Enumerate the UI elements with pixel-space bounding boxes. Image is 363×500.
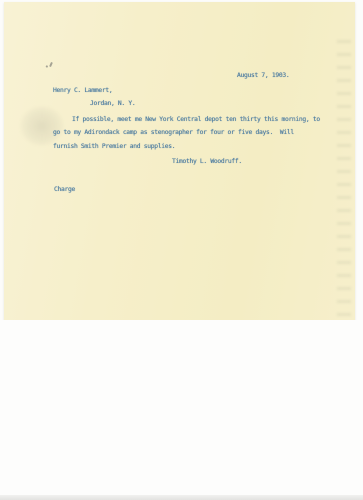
letter-recipient-name: Henry C. Lammert, — [53, 87, 112, 95]
smudge-mark — [20, 106, 64, 146]
letter-body-line: furnish Smith Premier and supplies. — [53, 143, 175, 151]
letter-body-line: go to my Adirondack camp as stenographer… — [53, 129, 294, 137]
scanned-letter-page: August 7, 1903. Henry C. Lammert, Jordan… — [0, 0, 363, 500]
letter-recipient-place: Jordan, N. Y. — [90, 100, 135, 108]
letter-date: August 7, 1903. — [237, 72, 289, 80]
backing-sheet — [0, 320, 363, 495]
scan-bottom-edge — [0, 495, 363, 500]
show-through-marks — [337, 40, 351, 332]
ink-fleck-mark — [49, 62, 53, 67]
charge-annotation: Charge — [54, 186, 75, 194]
letter-signature: Timothy L. Woodruff. — [172, 158, 242, 166]
letter-body-line: If possible, meet me New York Central de… — [72, 116, 320, 124]
